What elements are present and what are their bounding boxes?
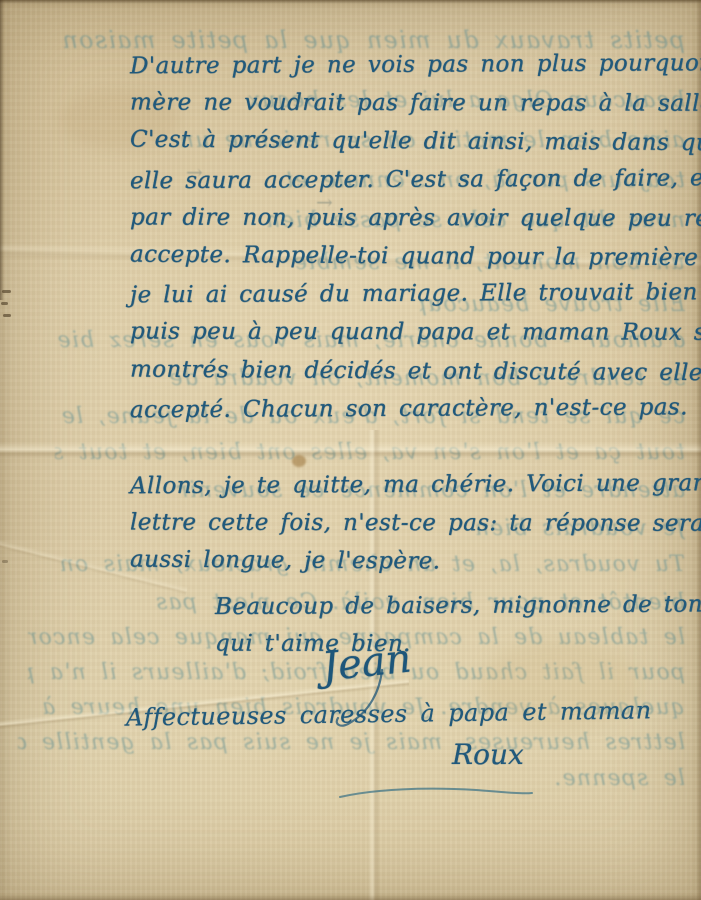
edge-speck xyxy=(1,302,8,305)
text-line: aussi longue, je l'espère. xyxy=(60,541,675,583)
text-line: Allons, je te quitte, ma chérie. Voici u… xyxy=(60,464,675,505)
text-line: mère ne voudrait pas faire un repas à la… xyxy=(60,84,675,123)
scan-edge-bottom xyxy=(0,895,701,900)
text-line: D'autre part je ne vois pas non plus pou… xyxy=(60,44,675,85)
signature-flourish-underline xyxy=(336,784,536,802)
scan-edge-top xyxy=(0,0,701,4)
text-line: accepte. Rappelle-toi quand pour la prem… xyxy=(60,235,675,277)
paragraph: Allons, je te quitte, ma chérie. Voici u… xyxy=(60,466,675,581)
text-line: montrés bien décidés et ont discuté avec… xyxy=(60,350,675,392)
scan-edge-left xyxy=(0,0,4,300)
edge-speck xyxy=(2,560,8,563)
text-line: puis peu à peu quand papa et maman Roux … xyxy=(60,313,675,352)
letter-body: D'autre part je ne vois pas non plus pou… xyxy=(60,46,675,663)
text-line: accepté. Chacun son caractère, n'est-ce … xyxy=(60,388,675,429)
ghost-bleed-line: lettres heureuses, mais je ne suis pas l… xyxy=(18,730,685,760)
text-line: C'est à présent qu'elle dit ainsi, mais … xyxy=(60,121,675,163)
text-line: je lui ai causé du mariage. Elle trouvai… xyxy=(60,274,675,315)
postscript-signature: Roux xyxy=(452,738,524,771)
text-line: par dire non, puis après avoir quelque p… xyxy=(60,198,675,237)
paragraph: D'autre part je ne vois pas non plus pou… xyxy=(60,46,675,428)
edge-speck xyxy=(3,314,11,317)
letter-scan: petits travaux du mien que la petite mai… xyxy=(0,0,701,900)
text-line: elle saura accepter. C'est sa façon de f… xyxy=(60,159,675,200)
text-line: lettre cette fois, n'est-ce pas: ta répo… xyxy=(60,504,675,543)
text-line: qui t'aime bien. xyxy=(150,624,675,663)
text-line: Beaucoup de baisers, mignonne de ton Jea… xyxy=(150,585,675,626)
